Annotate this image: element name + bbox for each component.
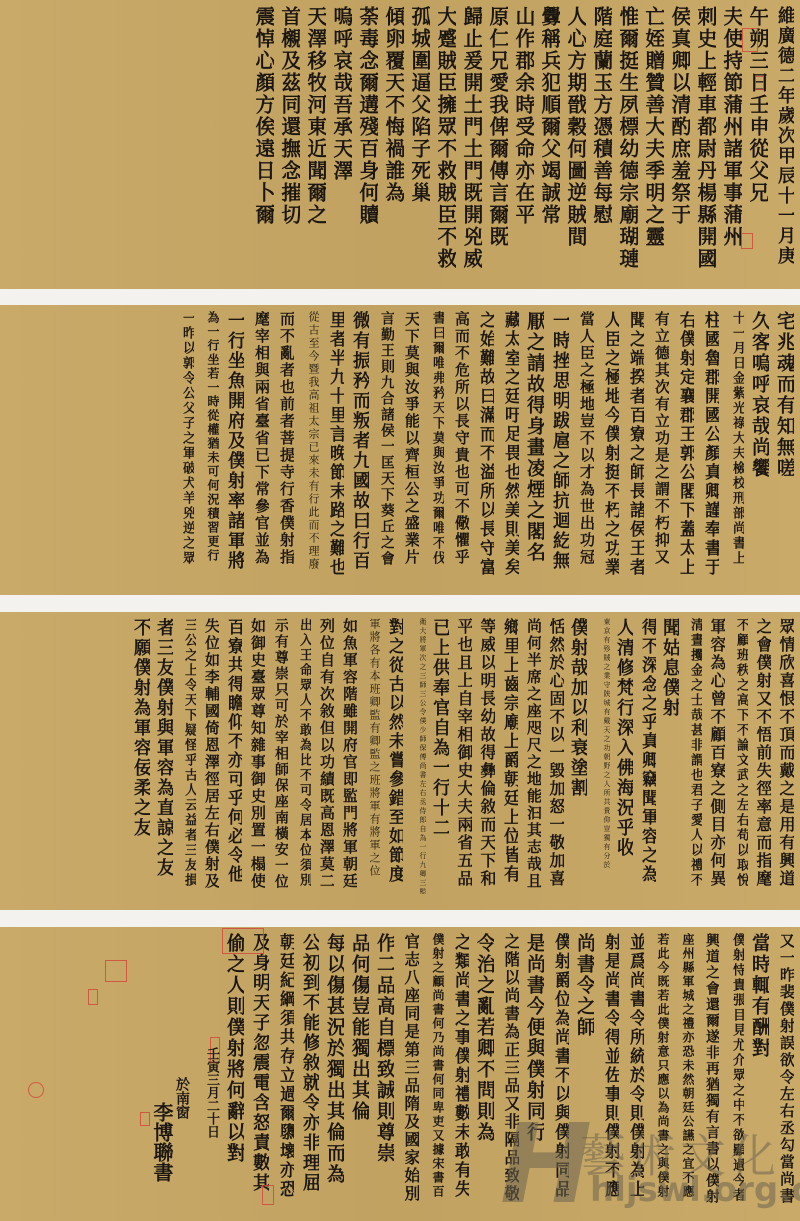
calligraphy-column: 微有振矜而叛者九國故曰行百: [344, 311, 369, 579]
calligraphy-column: 柱國魯郡開國公顏真卿謹奉書于: [694, 311, 719, 579]
calligraphy-column: 一時挫思明跋扈之師抗迴紇無: [544, 311, 569, 579]
calligraphy-column: 荼毒念爾遘殘百身何贖: [352, 6, 378, 273]
calligraphy-column: 言勤王則九合諸侯一匡天下葵丘之會: [369, 311, 394, 579]
calligraphy-column: 聞之端揆者百寮之師長諸侯王者: [619, 311, 644, 579]
seal-stamp: [222, 928, 264, 954]
scroll-section-4: 又一昨裴僕射誤欲令左右丞勾當尚書當時輒有酬對僕射恃貴張目見尤介眾之中不欲顯過今者…: [0, 927, 800, 1221]
calligraphy-column: 嗚呼哀哉吾承天澤: [326, 6, 352, 273]
calligraphy-column: 當時輒有酬對: [744, 933, 769, 1205]
calligraphy-column: 尚書令之師: [569, 933, 594, 1205]
calligraphy-column: 官志八座同是第三品隋及國家始別: [394, 933, 419, 1205]
calligraphy-column: 人臣之極地今僕射挺不朽之功業: [594, 311, 619, 579]
calligraphy-column: 示有尊崇只可於宰相師保座南橫安一位: [265, 618, 288, 894]
calligraphy-column: 鄉里上齒宗廟上爵朝廷上位皆有: [495, 618, 518, 894]
calligraphy-column: 恬然於心固不以一毀加怒一敬加喜: [541, 618, 564, 894]
calligraphy-column: 而不亂者也前者菩提寺行香僕射指: [269, 311, 294, 579]
seal-stamp: [262, 1185, 274, 1205]
calligraphy-column: 人心方期戩穀何圖逆賊間: [560, 6, 586, 273]
calligraphy-column: 釁稱兵犯順爾父竭誠常: [534, 6, 560, 273]
calligraphy-column: 若此今既若此僕射意只應以為尚書之與僕射: [644, 933, 669, 1205]
calligraphy-column: 眾情欣喜恨不頂而戴之是用有興道: [771, 618, 794, 894]
calligraphy-column: 厭之請故得身畫凌煙之閣名: [519, 311, 544, 579]
scroll-section-1: 維廣德二年歲次甲辰十一月庚午朔三日壬申從父兄夫使持節蒲州諸軍事蒲州刺史上輕車都尉…: [0, 0, 800, 289]
calligraphy-column: 之類尚書之事僕射禮數未敢有失: [444, 933, 469, 1205]
calligraphy-column: 每以傷甚況於獨出其倫而為: [319, 933, 344, 1205]
calligraphy-column: 夫使持節蒲州諸軍事蒲州: [716, 6, 742, 273]
calligraphy-column: 等威以明長幼故得彝倫敘而天下和: [472, 618, 495, 894]
scroll-gap: [0, 910, 800, 927]
calligraphy-column: 東京有殄賊之業守陝城有戴天之功朝野之人所共貴仰豈獨有分於: [587, 618, 610, 894]
calligraphy-column: 維廣德二年歲次甲辰十一月庚: [768, 6, 794, 273]
calligraphy-column: 大蹙賊臣擁眾不救賊臣不救: [430, 6, 456, 273]
calligraphy-column: 品何傷豈能獨出其倫: [344, 933, 369, 1205]
inscription-date: 壬寅三月二十日: [202, 1047, 221, 1138]
calligraphy-column: 作二品高自標致誠則尊崇: [369, 933, 394, 1205]
calligraphy-column: 者三友僕射與軍容為直諒之友: [150, 618, 173, 894]
calligraphy-columns: 宅兆魂而有知無嗟久客嗚呼哀哉尚饗十一月日金紫光祿大夫檢校刑部尚書上柱國魯郡開國公…: [169, 311, 794, 589]
seal-stamp: [88, 989, 98, 1005]
calligraphy-column: 惟爾挺生夙標幼德宗廟瑚璉: [612, 6, 638, 273]
calligraphy-column: 軍容為心曾不顧百寮之側目亦何異: [702, 618, 725, 894]
calligraphy-column: 僕射恃貴張目見尤介眾之中不欲顯過今者: [719, 933, 744, 1205]
calligraphy-column: 為一行坐若一時從權猶未可何況積習更行: [194, 311, 219, 579]
calligraphy-column: 之階以尚書為正三品又非隔品致敬: [494, 933, 519, 1205]
scroll-section-2: 宅兆魂而有知無嗟久客嗚呼哀哉尚饗十一月日金紫光祿大夫檢校刑部尚書上柱國魯郡開國公…: [0, 305, 800, 595]
calligraphy-column: 列位自有次敘但以功績既高恩澤莫二: [311, 618, 334, 894]
signature: 李博聯書: [148, 1102, 177, 1182]
calligraphy-column: 得不深念之乎真卿竊聞軍容之為: [633, 618, 656, 894]
calligraphy-column: 久客嗚呼哀哉尚饗: [744, 311, 769, 579]
calligraphy-column: 原仁兄愛我俾爾傳言爾既: [482, 6, 508, 273]
calligraphy-column: 又一昨裴僕射誤欲令左右丞勾當尚書: [769, 933, 794, 1205]
calligraphy-column: 及身明天子忽震電含怒責數其: [244, 933, 269, 1205]
calligraphy-column: 震悼心顏方俟遠日卜爾: [248, 6, 274, 273]
calligraphy-column: 有立德其次有立功是之謂不朽抑又: [644, 311, 669, 579]
calligraphy-column: 興道之會還爾遂非再猶獨有言書以僕射: [694, 933, 719, 1205]
calligraphy-column: 公初到不能修敘就令亦非理屈: [294, 933, 319, 1205]
calligraphy-column: 刺史上輕車都尉丹楊縣開國: [690, 6, 716, 273]
seal-stamp: [28, 1082, 44, 1098]
scroll-gap: [0, 595, 800, 612]
calligraphy-column: 侯真卿以清酌庶羞祭于: [664, 6, 690, 273]
seal-stamp: [742, 28, 758, 52]
calligraphy-column: 人清修梵行深入佛海況乎收: [610, 618, 633, 894]
calligraphy-column: 不願僕射為軍容佞柔之友: [127, 618, 150, 894]
calligraphy-column: 歸止爰開土門土門既開兇威: [456, 6, 482, 273]
calligraphy-columns: 又一昨裴僕射誤欲令左右丞勾當尚書當時輒有酬對僕射恃貴張目見尤介眾之中不欲顯過今者…: [200, 933, 794, 1215]
seal-stamp: [755, 76, 764, 90]
calligraphy-column: 平也且上自宰相御史大夫兩省五品: [449, 618, 472, 894]
scroll-gap: [0, 289, 800, 305]
calligraphy-column: 亡姪贈贊善大夫季明之靈: [638, 6, 664, 273]
calligraphy-column: 尚何半席之座咫尺之地能汩其志哉且: [518, 618, 541, 894]
calligraphy-column: 僕射哉加以利衰塗割: [564, 618, 587, 894]
calligraphy-column: 孤城圍逼父陷子死巢: [404, 6, 430, 273]
calligraphy-column: 偷之人則僕射將何辭以對: [219, 933, 244, 1205]
calligraphy-column: 三公之上令天下疑怪乎古人云益者三友損: [173, 618, 196, 894]
calligraphy-column: 階庭蘭玉方憑積善每慰: [586, 6, 612, 273]
calligraphy-column: 清晝攫金之士哉甚非謂也君子愛人以禮不: [679, 618, 702, 894]
calligraphy-column: 高而不危所以長守貴也可不儆懼乎: [444, 311, 469, 579]
calligraphy-column: 並爲尚書令所統於令則僕射為上: [619, 933, 644, 1205]
calligraphy-column: 已上供奉官自為一行十二: [426, 618, 449, 894]
calligraphy-column: 射是尚書令得並佐事則僕射不應: [594, 933, 619, 1205]
calligraphy-column: 座州縣軍城之禮亦恐未然朝廷公讌之宜不應: [669, 933, 694, 1205]
calligraphy-column: 當人臣之極地豈不以才為世出功冠: [569, 311, 594, 579]
calligraphy-column: 天澤移牧河東近聞爾之: [300, 6, 326, 273]
calligraphy-column: 如御史臺眾尊知雜事御史別置一榻使: [242, 618, 265, 894]
calligraphy-column: 書曰爾唯弗矜天下莫與汝爭功爾唯不伐: [419, 311, 444, 579]
calligraphy-column: 如魚軍容階雖開府官即監門將軍朝廷: [334, 618, 357, 894]
calligraphy-column: 不顧班秩之高下不論文武之左右苟以取悅: [725, 618, 748, 894]
calligraphy-column: 失位如李輔國倚恩澤徑居左右僕射及: [196, 618, 219, 894]
calligraphy-column: 一行坐魚開府及僕射率諸軍將: [219, 311, 244, 579]
calligraphy-column: 軍將各有本班卿監有卿監之班將軍有將軍之位: [357, 618, 380, 894]
calligraphy-column: 麾宰相與兩省臺省已下常參官並為: [244, 311, 269, 579]
calligraphy-column: 天下莫與汝爭能以齊桓公之盛業片: [394, 311, 419, 579]
seal-stamp: [741, 233, 753, 249]
calligraphy-column: 僕射之顧尚書何乃尚書何同卑吏又據宋書百: [419, 933, 444, 1205]
calligraphy-column: 衛大將軍次之三師三公令僕少師保傅尚書左右丞侍郎自為一行九卿三監: [403, 618, 426, 894]
calligraphy-column: 聞姑息僕射: [656, 618, 679, 894]
calligraphy-column: 朝廷紀綱須共存立過爾隳壞亦恐: [269, 933, 294, 1205]
calligraphy-column: 僕射爵位為尚書不以與僕射同品: [544, 933, 569, 1205]
calligraphy-column: 右僕射定襄郡王郭公閣下蓋太上: [669, 311, 694, 579]
calligraphy-column: 是尚書今便與僕射同行: [519, 933, 544, 1205]
calligraphy-column: 藏太室之廷吁足畏也然美則美矣: [494, 311, 519, 579]
calligraphy-columns: 眾情欣喜恨不頂而戴之是用有興道之會僕射又不悟前失徑率意而指麾不顧班秩之高下不論文…: [127, 618, 794, 904]
calligraphy-column: 一昨以郭令公父子之軍破犬羊兇逆之眾: [169, 311, 194, 579]
calligraphy-column: 山作郡余時受命亦在平: [508, 6, 534, 273]
seal-stamp: [105, 960, 127, 982]
calligraphy-column: 里者半九十里言晚節末路之難也: [319, 311, 344, 579]
calligraphy-column: 之會僕射又不悟前失徑率意而指麾: [748, 618, 771, 894]
calligraphy-column: 對之從古以然未嘗參錯至如節度: [380, 618, 403, 894]
calligraphy-column: 從古至今暨我高祖太宗已來未有行此而不理廢: [294, 311, 319, 579]
calligraphy-column: 傾卵覆天不悔禍誰為: [378, 6, 404, 273]
calligraphy-column: 十一月日金紫光祿大夫檢校刑部尚書上: [719, 311, 744, 579]
scroll-section-3: 眾情欣喜恨不頂而戴之是用有興道之會僕射又不悟前失徑率意而指麾不顧班秩之高下不論文…: [0, 612, 800, 910]
calligraphy-column: 首櫬及茲同還撫念摧切: [274, 6, 300, 273]
calligraphy-column: 之始難故曰滿而不溢所以長守富: [469, 311, 494, 579]
calligraphy-column: 出入王命眾人不敢為比不可令居本位須別: [288, 618, 311, 894]
calligraphy-column: 百寮共得瞻仰不亦可乎何必令他: [219, 618, 242, 894]
calligraphy-columns: 維廣德二年歲次甲辰十一月庚午朔三日壬申從父兄夫使持節蒲州諸軍事蒲州刺史上輕車都尉…: [248, 6, 794, 283]
calligraphy-column: 宅兆魂而有知無嗟: [769, 311, 794, 579]
calligraphy-column: 令治之亂若卿不問則為: [469, 933, 494, 1205]
